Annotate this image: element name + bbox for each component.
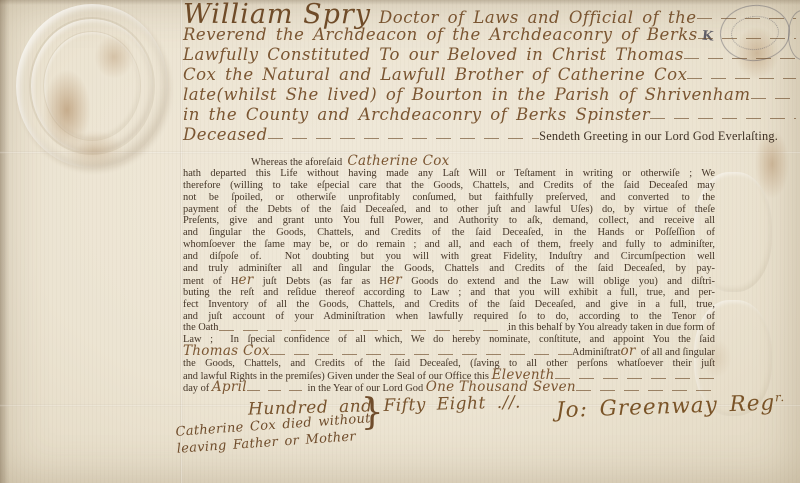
ruled-dash-filler [270,346,572,358]
ruled-dash-filler [687,65,796,85]
handwritten-name-large: William Spry [183,5,371,25]
text-line: payment of the Debts of the ſaid Deceaſe… [183,204,715,216]
text-line: not be ſpoiled, or otherwiſe unprofitabl… [183,192,715,204]
embossed-seal [16,4,168,168]
registrar-signature: Jo: Greenway Regr. [556,390,786,423]
text-line: and diſpoſe of. Not doubting but you wil… [183,251,715,263]
ruled-dash-filler [650,105,796,125]
printed-text: payment of the Debts of the ſaid Deceaſe… [183,204,715,215]
handwritten-text: Reverend the Archdeacon of the Archdeaco… [183,25,698,45]
text-line: the Goods, Chattels, and Credits of the … [183,358,715,370]
ruled-dash-short [247,382,305,394]
printed-greeting: Sendeth Greeting in our Lord God Everlaſ… [539,126,778,146]
text-line: William SpryDoctor of Laws and Official … [183,5,796,25]
printed-text: Goods do extend and the Law will oblige … [402,276,715,287]
ruled-dash-filler [219,322,509,334]
handwritten-text: Cox the Natural and Lawfull Brother of C… [183,65,687,85]
marginal-note-brace: } [361,404,384,421]
printed-text: whomſoever the ſame may be, or do remain… [183,239,715,250]
text-line: in the County and Archdeaconry of Berks … [183,105,796,125]
printed-text: hath departed this Life without having m… [183,168,715,179]
ruled-dash-filler [268,125,540,145]
text-line: Whereas the aforeſaid Catherine Cox [183,156,715,168]
text-line: Cox the Natural and Lawfull Brother of C… [183,65,796,85]
ruled-dash-filler [698,25,796,45]
handwritten-text: er [238,272,253,288]
text-line: day of April in the Year of our Lord God… [183,382,715,394]
handwritten-text: or [620,346,635,358]
handwritten-text: Deceased [183,125,268,145]
opening-script-block: William SpryDoctor of Laws and Official … [183,5,796,145]
historical-document-scan: K William SpryDoctor of Laws and Officia… [0,0,800,483]
printed-text: and truly adminiſter all and ſingular th… [183,263,715,274]
text-line: Lawfully Constituted To our Beloved in C… [183,45,796,65]
signature-text: Jo: Greenway Reg [556,391,776,424]
text-line: fect Inventory of all the Goods, Chattel… [183,299,715,311]
handwritten-text: Thomas Cox [183,346,270,358]
printed-text: and diſpoſe of. Not doubting but you wil… [183,251,715,262]
text-line: hath departed this Life without having m… [183,168,715,180]
paper-left-edge-shadow [0,0,9,483]
printed-text: the Oath [183,322,219,334]
printed-text: the Goods, Chattels, and Credits of the … [183,358,715,369]
marginal-note: Catherine Cox died without leaving Fathe… [175,410,372,458]
signature-superscript: r. [775,390,786,404]
printed-text: and juſt account of your Adminiſtration … [183,311,715,322]
handwritten-text: Lawfully Constituted To our Beloved in C… [183,45,684,65]
printed-text: buting the reſt and reſidue thereof acco… [183,287,715,298]
printed-text: day of [183,383,212,395]
text-line: buting the reſt and reſidue thereof acco… [183,287,715,299]
printed-text: therefore (willing to take eſpecial care… [183,180,715,191]
ruled-dash-filler [576,382,715,394]
ruled-dash-filler [751,85,796,105]
ruled-dash-filler [555,370,715,382]
handwritten-text: er [387,272,402,288]
text-line: therefore (willing to take eſpecial care… [183,180,715,192]
text-line: whomſoever the ſame may be, or do remain… [183,239,715,251]
text-line: DeceasedSendeth Greeting in our Lord God… [183,125,796,145]
text-line: Thomas CoxAdminiſtrator of all and ſingu… [183,346,715,358]
ruled-dash-filler [684,45,796,65]
printed-text: not be ſpoiled, or otherwiſe unprofitabl… [183,192,715,203]
handwritten-text: Catherine Cox [347,156,449,168]
text-line: and ſingular the Goods, Chattels, and Cr… [183,227,715,239]
text-line: Reverend the Archdeacon of the Archdeaco… [183,25,796,45]
printed-text: fect Inventory of all the Goods, Chattel… [183,299,715,310]
text-line: Preſents, give and grant unto You full P… [183,215,715,227]
ruled-dash-filler [697,5,796,25]
seal-inner-ring [43,31,141,141]
printed-body-block: Whereas the aforeſaid Catherine Coxhath … [183,156,715,394]
printed-text: and ſingular the Goods, Chattels, and Cr… [183,227,715,238]
handwritten-text: April [212,382,247,394]
handwritten-text: in the County and Archdeaconry of Berks … [183,105,650,125]
text-line: and truly adminiſter all and ſingular th… [183,263,715,275]
printed-text: ment of H [183,276,238,287]
text-line: the Oathin this behalf by You already ta… [183,322,715,334]
text-line: late(whilst She lived) of Bourton in the… [183,85,796,105]
text-line: and juſt account of your Adminiſtration … [183,311,715,323]
text-line: ment of Her juſt Debts (as far as Her Go… [183,275,715,287]
printed-text: Preſents, give and grant unto You full P… [183,215,715,226]
printed-text: in this behalf by You already taken in d… [508,322,715,334]
handwritten-text: late(whilst She lived) of Bourton in the… [183,85,751,105]
printed-text: juſt Debts (as far as H [254,276,387,287]
